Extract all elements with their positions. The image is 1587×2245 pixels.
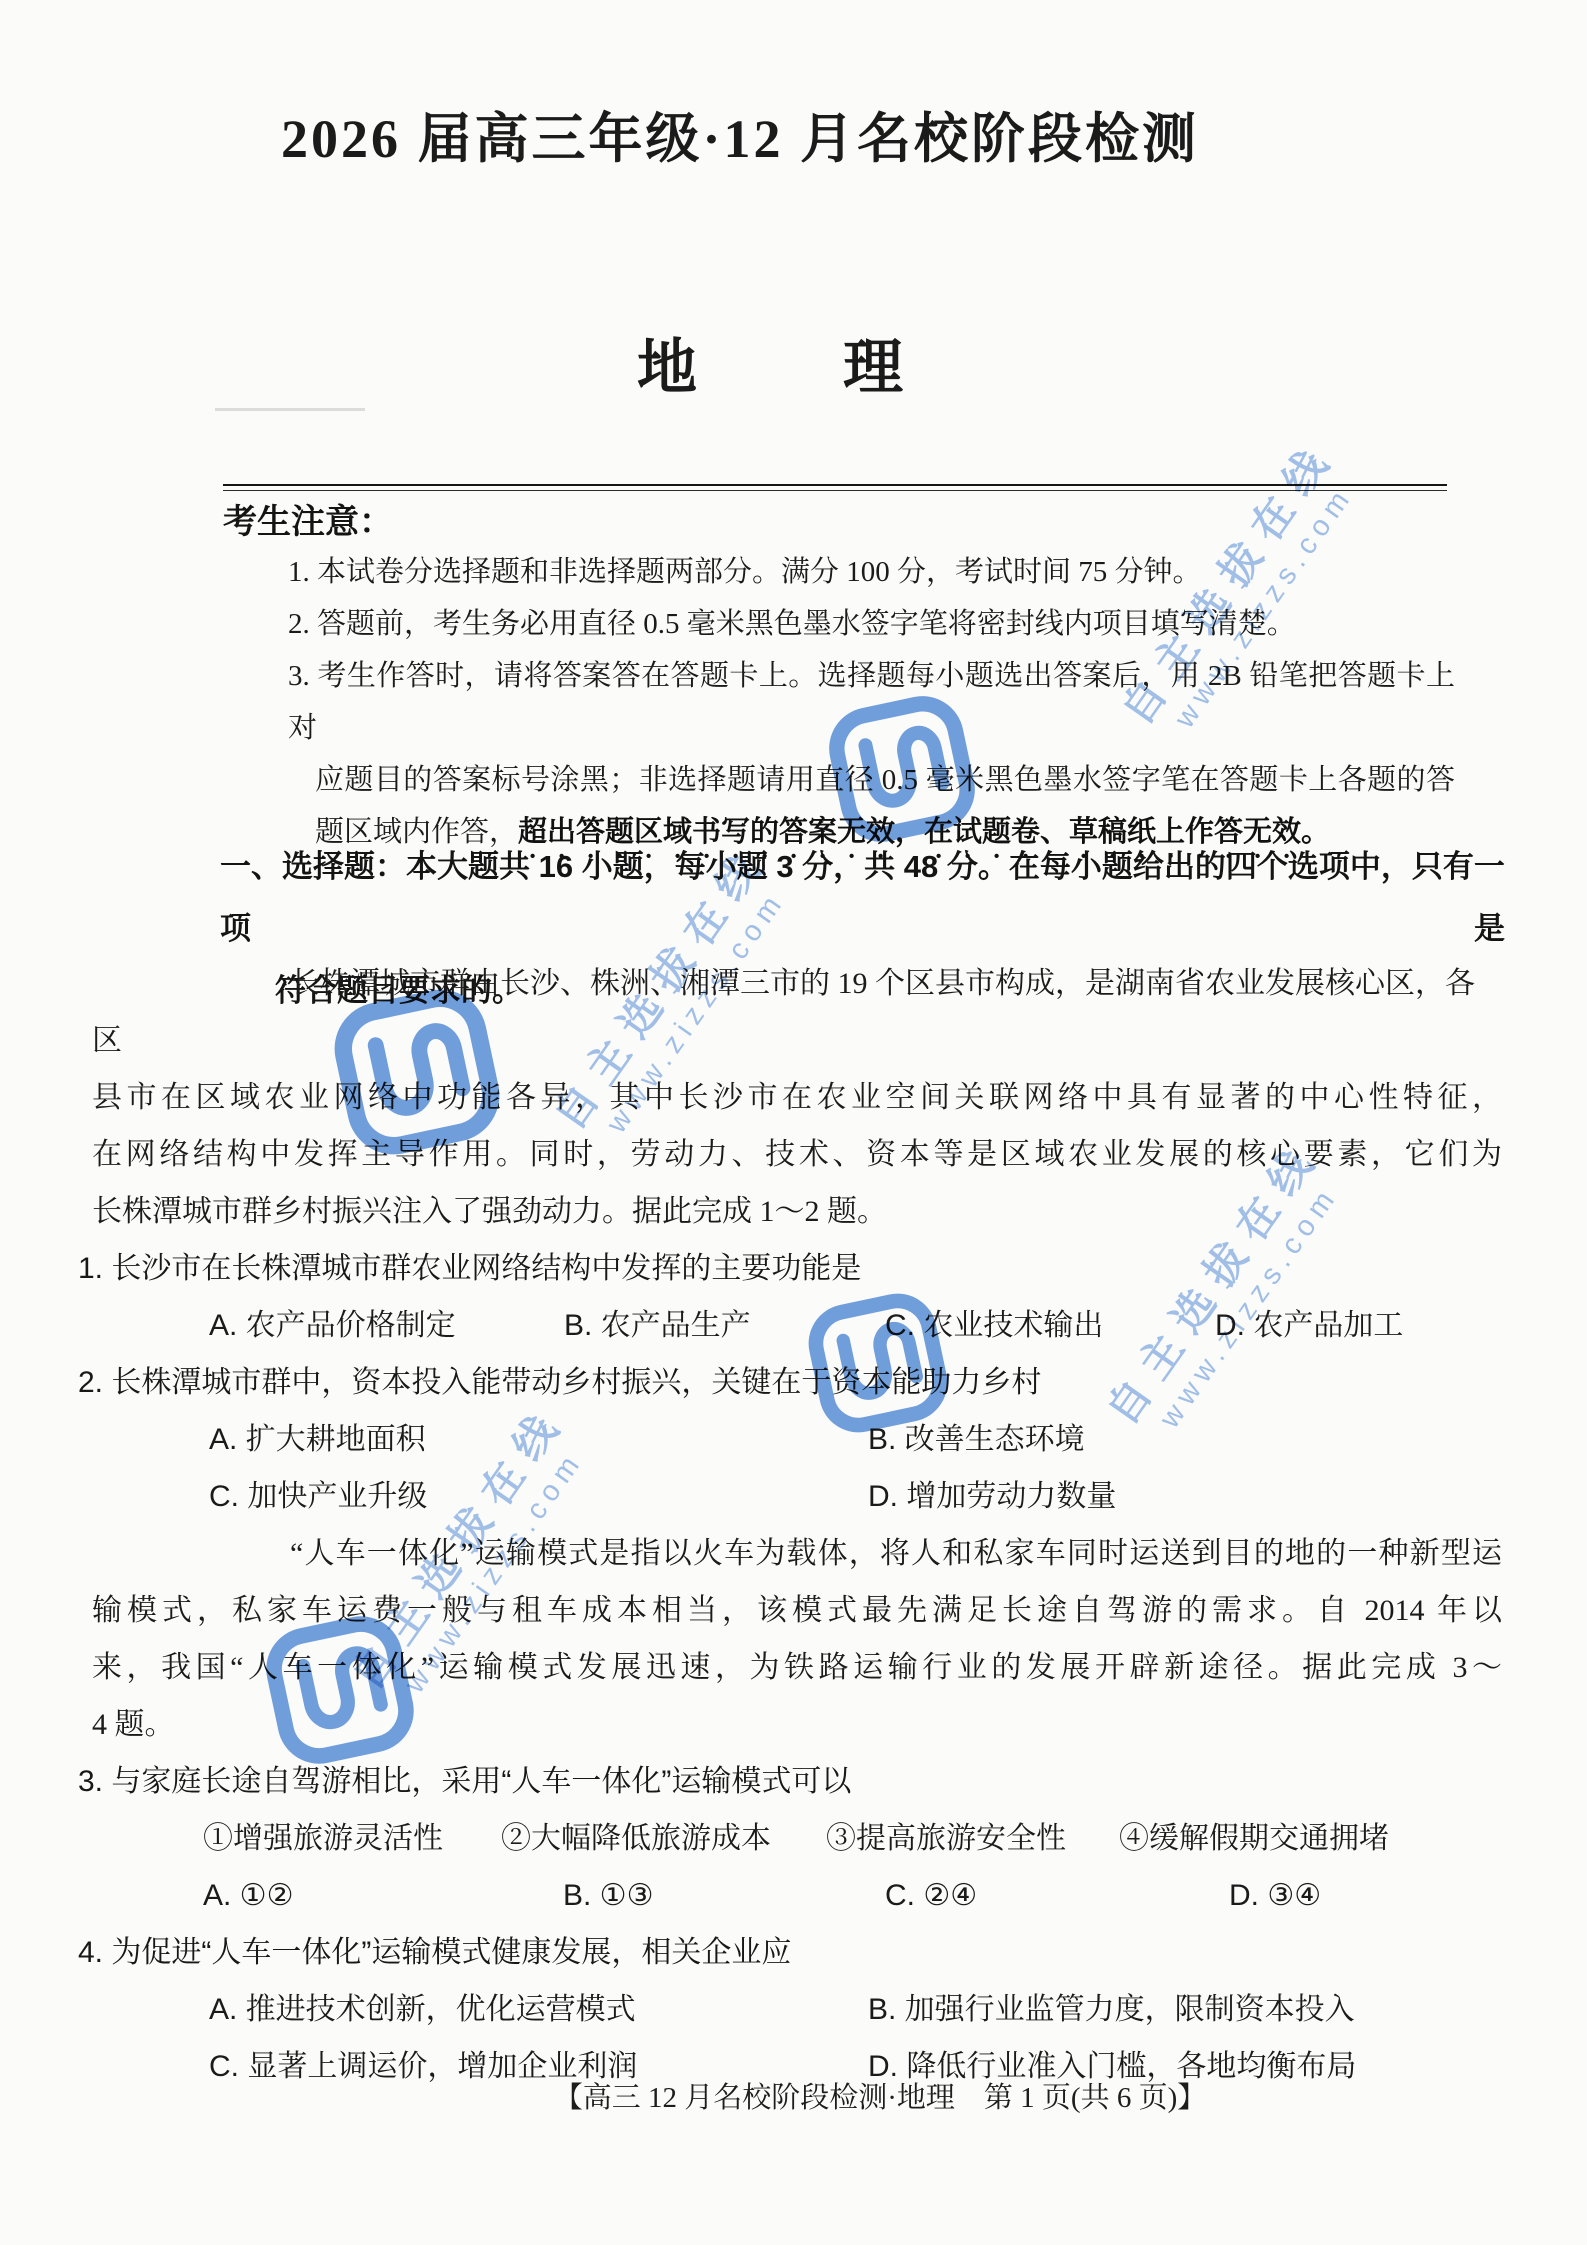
notice-block: 考生注意： 1. 本试卷分选择题和非选择题两部分。满分 100 分，考试时间 7… bbox=[223, 498, 1455, 865]
question-1-option-a: A. 农产品价格制定 bbox=[209, 1297, 456, 1354]
question-2-options-cd: C. 加快产业升级 D. 增加劳动力数量 bbox=[78, 1468, 1502, 1525]
question-2-stem: 2. 长株潭城市群中，资本投入能带动乡村振兴，关键在于资本能助力乡村 bbox=[78, 1354, 1502, 1411]
subject-char-2: 理 bbox=[843, 320, 903, 406]
question-3-option-c: C. ②④ bbox=[885, 1867, 977, 1924]
question-1-option-c: C. 农业技术输出 bbox=[885, 1297, 1103, 1354]
question-3-suboption-3: ③提高旅游安全性 bbox=[826, 1810, 1066, 1867]
passage-2: “人车一体化”运输模式是指以火车为载体，将人和私家车同时运送到目的地的一种新型运… bbox=[78, 1525, 1502, 1753]
notice-item-1: 1. 本试卷分选择题和非选择题两部分。满分 100 分，考试时间 75 分钟。 bbox=[288, 546, 1455, 598]
question-2-option-d: D. 增加劳动力数量 bbox=[868, 1468, 1116, 1525]
scan-smudge bbox=[215, 408, 365, 411]
question-3-suboption-2: ②大幅降低旅游成本 bbox=[501, 1810, 771, 1867]
question-3-options: A. ①② B. ①③ C. ②④ D. ③④ bbox=[78, 1867, 1502, 1924]
question-4-stem: 4. 为促进“人车一体化”运输模式健康发展，相关企业应 bbox=[78, 1924, 1502, 1981]
question-2-options-ab: A. 扩大耕地面积 B. 改善生态环境 bbox=[78, 1411, 1502, 1468]
exam-paper-page: 2026 届高三年级·12 月名校阶段检测 地 理 考生注意： 1. 本试卷分选… bbox=[0, 0, 1587, 2245]
question-1-options: A. 农产品价格制定 B. 农产品生产 C. 农业技术输出 D. 农产品加工 bbox=[78, 1297, 1502, 1354]
question-2-option-b: B. 改善生态环境 bbox=[868, 1411, 1085, 1468]
question-area: 长株潭城市群由长沙、株洲、湘潭三市的 19 个区县市构成，是湖南省农业发展核心区… bbox=[78, 955, 1502, 2095]
section-heading-line-1: 一、选择题：本大题共 16 小题，每小题 3 分，共 48 分。在每小题给出的四… bbox=[220, 836, 1505, 960]
question-4-option-a: A. 推进技术创新，优化运营模式 bbox=[209, 1981, 636, 2038]
notice-item-2: 2. 答题前，考生务必用直径 0.5 毫米黑色墨水签字笔将密封线内项目填写清楚。 bbox=[288, 598, 1455, 650]
question-4-option-b: B. 加强行业监管力度，限制资本投入 bbox=[868, 1981, 1355, 2038]
notice-heading: 考生注意： bbox=[223, 498, 1455, 546]
question-3-suboption-4: ④缓解假期交通拥堵 bbox=[1119, 1810, 1389, 1867]
question-4-options-ab: A. 推进技术创新，优化运营模式 B. 加强行业监管力度，限制资本投入 bbox=[78, 1981, 1502, 2038]
subject-char-1: 地 bbox=[637, 320, 697, 406]
question-3-stem: 3. 与家庭长途自驾游相比，采用“人车一体化”运输模式可以 bbox=[78, 1753, 1502, 1810]
header-divider-rule bbox=[223, 484, 1447, 491]
notice-item-3-line-2: 应题目的答案标号涂黑；非选择题请用直径 0.5 毫米黑色墨水签字笔在答题卡上各题… bbox=[288, 754, 1455, 806]
passage-1-line-4: 长株潭城市群乡村振兴注入了强劲动力。据此完成 1～2 题。 bbox=[92, 1183, 1502, 1240]
question-3-option-d: D. ③④ bbox=[1229, 1867, 1321, 1924]
question-1-option-d: D. 农产品加工 bbox=[1215, 1297, 1403, 1354]
question-1-stem: 1. 长沙市在长株潭城市群农业网络结构中发挥的主要功能是 bbox=[78, 1240, 1502, 1297]
passage-1: 长株潭城市群由长沙、株洲、湘潭三市的 19 个区县市构成，是湖南省农业发展核心区… bbox=[78, 955, 1502, 1240]
question-3-suboptions: ①增强旅游灵活性 ②大幅降低旅游成本 ③提高旅游安全性 ④缓解假期交通拥堵 bbox=[78, 1810, 1502, 1867]
question-2-option-a: A. 扩大耕地面积 bbox=[209, 1411, 426, 1468]
notice-items: 1. 本试卷分选择题和非选择题两部分。满分 100 分，考试时间 75 分钟。 … bbox=[223, 546, 1455, 865]
question-3-suboption-1: ①增强旅游灵活性 bbox=[203, 1810, 443, 1867]
question-2-option-c: C. 加快产业升级 bbox=[209, 1468, 427, 1525]
question-3-option-b: B. ①③ bbox=[563, 1867, 653, 1924]
passage-2-line-2: 输模式，私家车运费一般与租车成本相当，该模式最先满足长途自驾游的需求。自 201… bbox=[92, 1582, 1502, 1639]
passage-1-line-1: 长株潭城市群由长沙、株洲、湘潭三市的 19 个区县市构成，是湖南省农业发展核心区… bbox=[92, 955, 1502, 1069]
passage-2-line-3: 来，我国“人车一体化”运输模式发展迅速，为铁路运输行业的发展开辟新途径。据此完成… bbox=[92, 1639, 1502, 1696]
passage-2-line-4: 4 题。 bbox=[92, 1696, 1502, 1753]
question-1-option-b: B. 农产品生产 bbox=[564, 1297, 751, 1354]
notice-item-3-line-1: 3. 考生作答时，请将答案答在答题卡上。选择题每小题选出答案后，用 2B 铅笔把… bbox=[288, 650, 1455, 754]
page-title: 2026 届高三年级·12 月名校阶段检测 bbox=[0, 96, 1480, 173]
question-3-option-a: A. ①② bbox=[203, 1867, 293, 1924]
passage-1-line-3: 在网络结构中发挥主导作用。同时，劳动力、技术、资本等是区域农业发展的核心要素，它… bbox=[92, 1126, 1502, 1183]
subject-title: 地 理 bbox=[0, 320, 1540, 406]
passage-1-line-2: 县市在区域农业网络中功能各异，其中长沙市在农业空间关联网络中具有显著的中心性特征… bbox=[92, 1069, 1502, 1126]
page-footer: 【高三 12 月名校阶段检测·地理 第 1 页(共 6 页)】 bbox=[270, 2075, 1490, 2116]
passage-2-line-1: “人车一体化”运输模式是指以火车为载体，将人和私家车同时运送到目的地的一种新型运 bbox=[92, 1525, 1502, 1582]
